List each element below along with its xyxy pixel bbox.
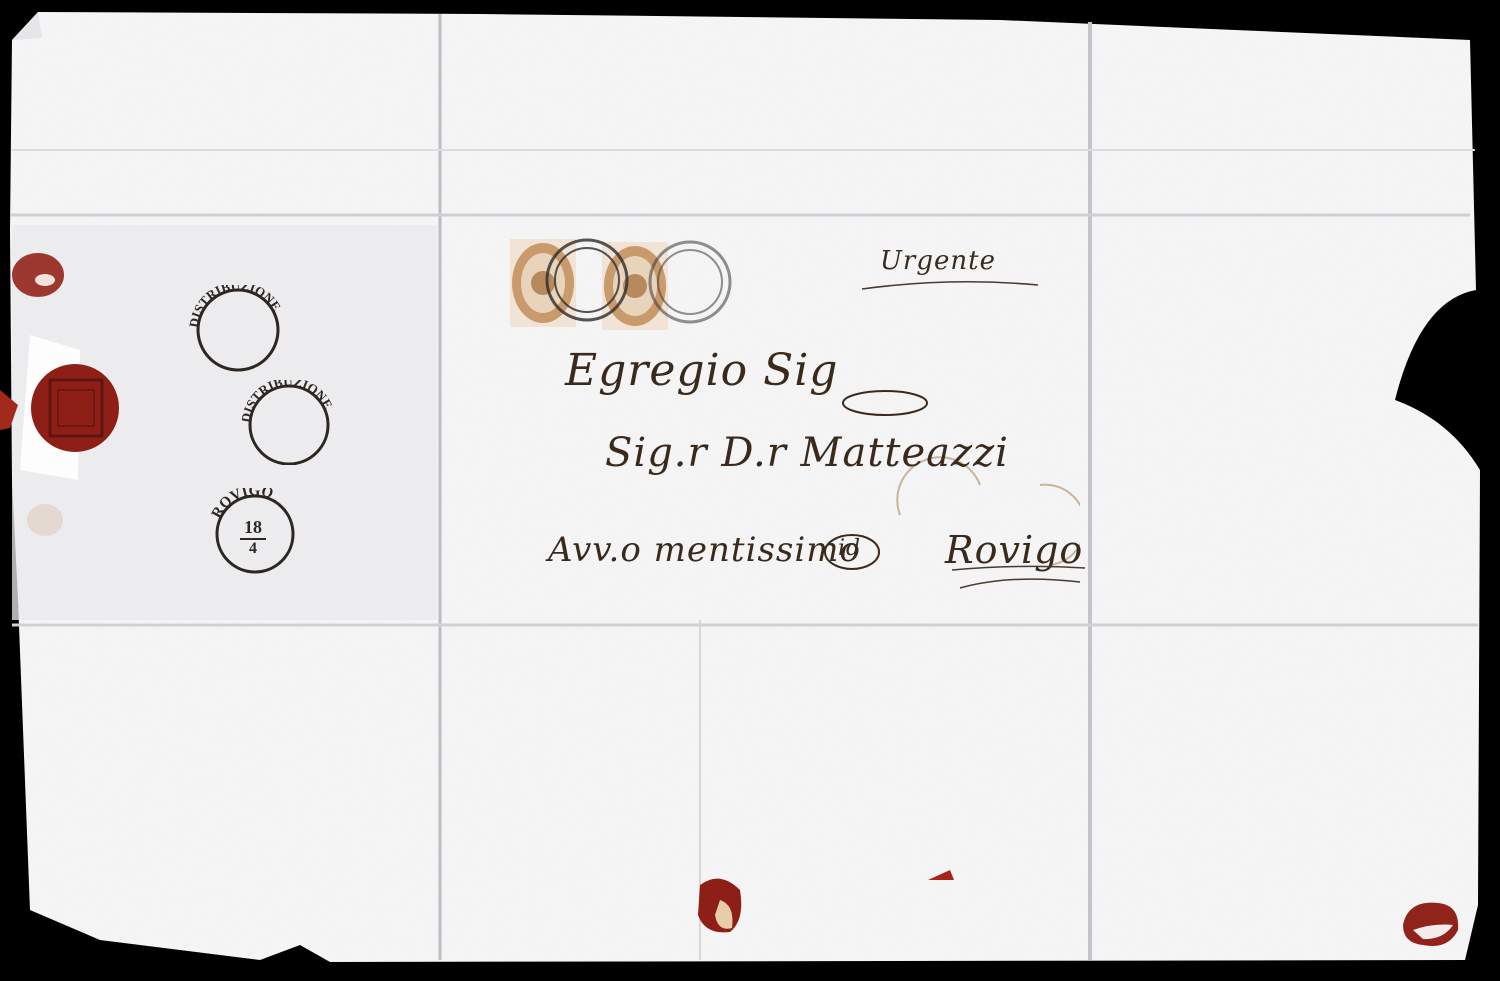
main-wax-seal [31, 364, 119, 452]
wax-seal-fragment [1398, 895, 1468, 955]
letter-cover: DISTRIBUZIONE DISTRIBUZIONE ROVIGO 18 4 … [0, 0, 1500, 981]
cancel-postmarks [545, 232, 735, 332]
city-underline [950, 560, 1090, 600]
recipient-title: Avv.o mentissimo [548, 530, 861, 570]
wax-seal-fragment [920, 860, 960, 890]
postmark-day: 18 [244, 517, 262, 538]
postmark-distribuzione-1: DISTRIBUZIONE [188, 285, 288, 375]
postmark-month: 4 [249, 540, 257, 558]
urgency-note: Urgente [880, 246, 996, 276]
salutation: Egregio Sig [565, 345, 838, 396]
flourish [840, 385, 930, 425]
svg-text:ROVIGO: ROVIGO [209, 488, 275, 521]
wax-seal-fragment [690, 870, 750, 940]
postmark-distribuzione-2: DISTRIBUZIONE [242, 380, 337, 465]
svg-text:DISTRIBUZIONE: DISTRIBUZIONE [188, 285, 284, 328]
underline-flourish [860, 275, 1040, 295]
wax-seal-group [0, 230, 140, 550]
seal-note: id [838, 536, 861, 561]
recipient-name: Sig.r D.r Matteazzi [605, 430, 1009, 476]
